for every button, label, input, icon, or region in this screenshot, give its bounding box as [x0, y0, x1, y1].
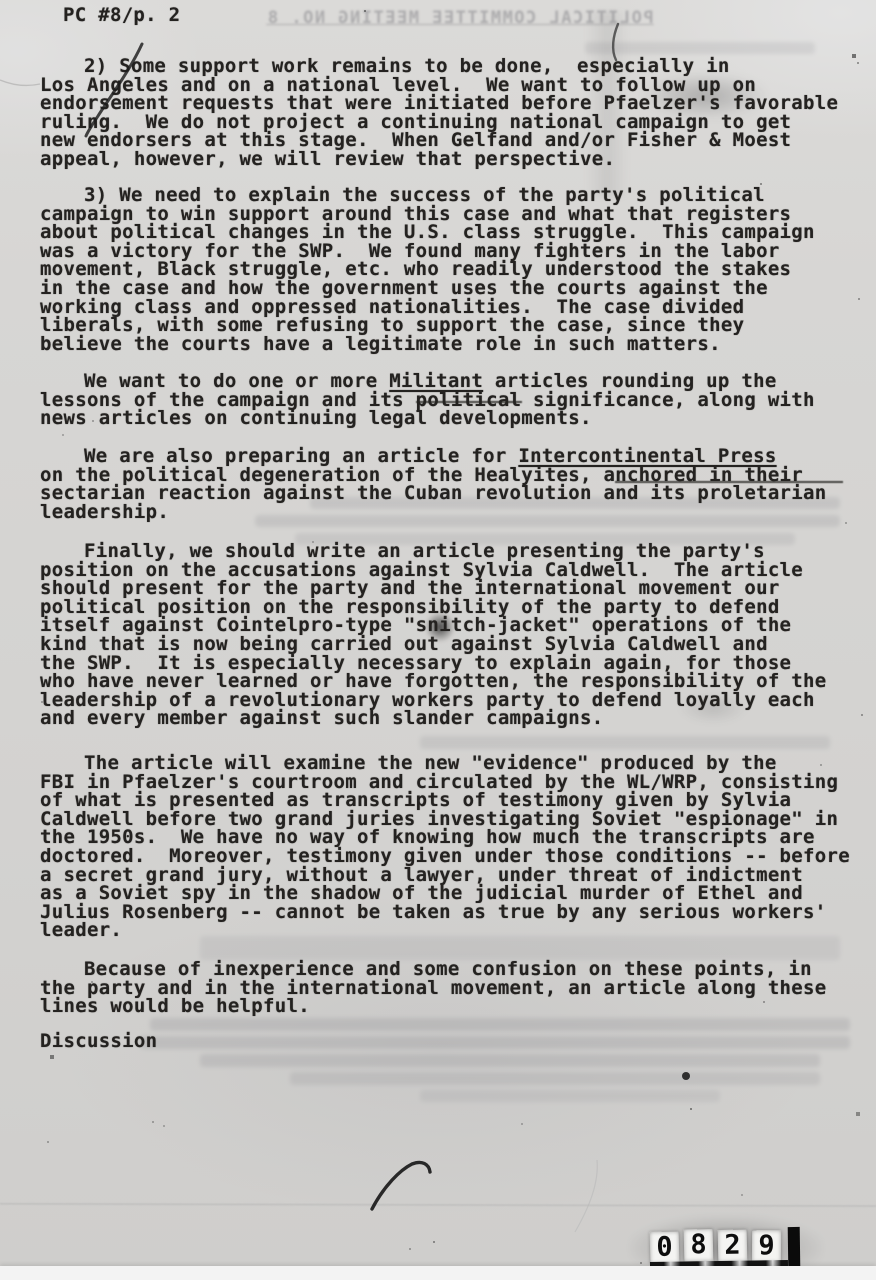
stamp-digit: 2	[718, 1230, 747, 1262]
stamp-digit: 0	[650, 1232, 679, 1264]
stamp-ink-bar	[788, 1227, 801, 1269]
scanner-faint-line	[575, 1160, 597, 1232]
pen-curve-mark	[86, 44, 142, 136]
scanner-edge	[0, 1266, 876, 1280]
stamp-digit: 8	[684, 1229, 713, 1261]
stamp-digit: 9	[752, 1230, 781, 1262]
page-curl-line	[0, 80, 40, 85]
stamp-digit-cells: 0 8 2 9	[650, 1229, 781, 1263]
pen-marks	[0, 0, 876, 1280]
scanned-document-page: POLITICAL COMMITTEE MEETING NO. 8 PC #8/…	[0, 0, 876, 1280]
ink-dot-mark	[682, 1072, 690, 1080]
pen-squiggle-mark	[372, 1162, 430, 1209]
pen-tick-mark	[613, 24, 618, 60]
page-number-stamp: 0 8 2 9	[638, 1220, 814, 1270]
